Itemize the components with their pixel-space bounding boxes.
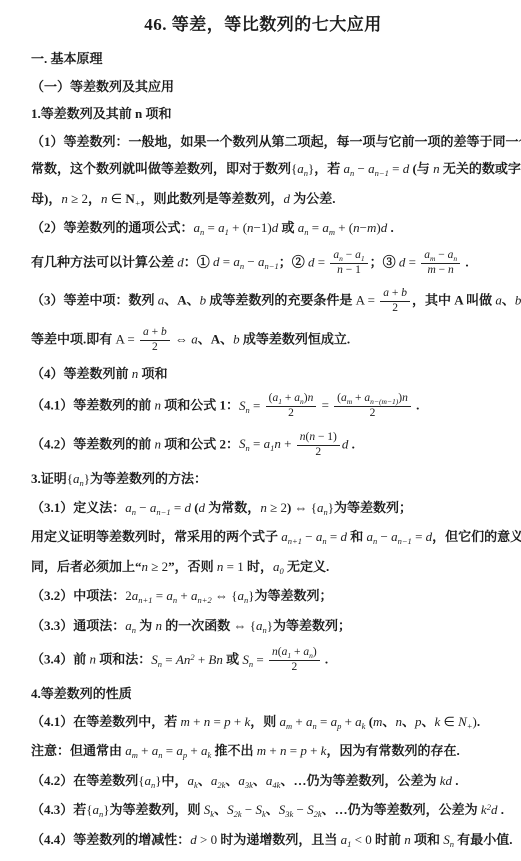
math-run: n = 1 <box>217 559 244 574</box>
text-run: . <box>497 802 504 817</box>
property-4-3: （4.3）若{an}为等差数列，则 Sk、S2k − Sk、S3k − S2k、… <box>31 801 495 820</box>
math-run: Sk <box>204 802 214 817</box>
proof-definition-note-line1: 用定义证明等差数列时，常采用的两个式子 an+1 − an = d 和 an −… <box>31 528 495 547</box>
text-run: 项和法： <box>96 652 151 667</box>
math-run: d = an − an−1 <box>213 254 279 269</box>
math-run: d = <box>308 254 328 269</box>
text-run: ：① <box>184 254 213 269</box>
property-4-4: （4.4）等差数列的增减性：d > 0 时为递增数列，且当 a1 < 0 时前 … <box>31 831 495 850</box>
text-run: 和 <box>347 529 367 544</box>
math-run: kd <box>440 773 452 788</box>
text-run: 、A、 <box>198 331 233 346</box>
text-run: 用定义证明等差数列时，常采用的两个式子 <box>31 529 281 544</box>
text-run: 等差中项.即有 <box>31 331 116 346</box>
document-title: 46. 等差，等比数列的七大应用 <box>31 10 495 35</box>
math-run: am + an = ap + ak <box>125 743 211 758</box>
math-run: an = a1 + (n−1)d <box>194 220 279 235</box>
text-run: (与 <box>409 161 433 176</box>
text-run: （4.2）在等差数列 <box>31 773 138 788</box>
math-run: {an} <box>67 471 90 486</box>
text-run: 项和公式 1： <box>161 398 239 413</box>
math-run: an − an−1 = d <box>344 161 410 176</box>
math-run: (a1 + an)n <box>266 392 317 407</box>
math-run: Sn = a1n + <box>239 436 295 451</box>
text-run: 为等差数列； <box>334 500 412 515</box>
math-run: 2an+1 = an + an+2 ⇔ {an} <box>125 588 254 603</box>
text-run: （4.1）在等差数列中，若 <box>31 714 181 729</box>
text-run: 或 <box>223 652 243 667</box>
math-run: 2 <box>334 407 411 421</box>
text-run: 成等差数列的充要条件是 <box>206 293 356 308</box>
text-run: 、 <box>225 773 238 788</box>
text-run: ) <box>287 500 295 515</box>
text-run: ；② <box>279 254 308 269</box>
math-run: Sn = An2 + Bn <box>151 652 223 667</box>
heading-proof-methods: 3.证明{an}为等差数列的方法： <box>31 470 495 489</box>
math-run: k ∈ N+) <box>434 714 476 729</box>
math-run: an <box>125 618 136 633</box>
text-run: 、 <box>382 714 395 729</box>
heading-arith-seq-first-n-sum: 1.等差数列及其前 n 项和 <box>31 105 495 123</box>
def-arith-seq-line2: 常数，这个数列就叫做等差数列，即对于数列{an}，若 an − an−1 = d… <box>31 160 495 179</box>
math-run: an+1 − an = d <box>281 529 347 544</box>
text-run: ，其中 A 叫做 <box>412 293 495 308</box>
text-run: ；③ <box>370 254 399 269</box>
math-run: (am + an−(m−1))n <box>334 392 411 407</box>
text-run: 时前 <box>372 832 405 847</box>
text-run: 中， <box>162 773 188 788</box>
text-run: （1）等差数列：一般地，如果一个数列从第二项起，每一项与它前一项的差等于同一个 <box>31 134 521 149</box>
text-run: . <box>477 714 480 729</box>
math-run: k2d <box>481 802 498 817</box>
text-run: ，若 <box>314 161 343 176</box>
document-body: 一. 基本原理（一）等差数列及其应用1.等差数列及其前 n 项和（1）等差数列：… <box>31 50 495 850</box>
math-run: an − a1 <box>330 249 367 264</box>
math-run: an − an−1 = d <box>125 500 191 515</box>
math-run: 2 <box>297 446 340 460</box>
proof-general-term-method: （3.3）通项法：an 为 n 的一次函数 ⇔ {an}为等差数列； <box>31 617 495 636</box>
sum-formula-1: （4.1）等差数列的前 n 项和公式 1：Sn = (a1 + an)n2 = … <box>31 392 495 421</box>
text-run: 成等差数列恒成立. <box>240 331 351 346</box>
text-run: 为等差数列； <box>254 588 332 603</box>
text-run: （4.1）等差数列的前 <box>31 398 155 413</box>
math-run: d = <box>399 254 419 269</box>
text-run: 一. 基本原理 <box>31 51 103 66</box>
math-run: S2k − Sk <box>227 802 266 817</box>
text-run: ( <box>191 500 199 515</box>
fraction: a + b2 <box>140 326 170 355</box>
fraction: an − a1n − 1 <box>330 249 367 278</box>
text-run: ，因为有常数列的存在. <box>326 743 459 758</box>
fraction: n(a1 + an)2 <box>269 646 320 675</box>
math-run: ⇔ <box>172 331 192 346</box>
math-run: Sn = <box>239 398 264 413</box>
math-run: {an} <box>138 773 161 788</box>
math-run: ak <box>188 773 198 788</box>
text-run: 、 <box>198 773 211 788</box>
math-run: am + an = ap + ak <box>279 714 365 729</box>
text-run: 同，后者必须加上“ <box>31 559 142 574</box>
arith-mean-line2: 等差中项.即有 A = a + b2 ⇔ a、A、b 成等差数列恒成立. <box>31 326 495 355</box>
text-run: ， <box>88 191 101 206</box>
fraction: (a1 + an)n2 <box>266 392 317 421</box>
text-run: . <box>462 254 469 269</box>
text-run: （3.3）通项法： <box>31 618 125 633</box>
text-run: 有几种方法可以计算公差 <box>31 254 177 269</box>
math-run: A = <box>116 331 139 346</box>
text-run: （3.1）定义法： <box>31 500 125 515</box>
fraction: a + b2 <box>380 287 410 316</box>
text-run: 、…仍为等差数列，公差为 <box>280 773 439 788</box>
arith-mean-line1: （3）等差中项：数列 a、A、b 成等差数列的充要条件是 A = a + b2，… <box>31 287 495 316</box>
text-run: （4）等差数列前 <box>31 366 132 381</box>
text-run: 项和 <box>411 832 444 847</box>
math-run: n − 1 <box>330 264 367 278</box>
math-run: Sn <box>443 832 454 847</box>
math-run: Sn = <box>242 652 267 667</box>
text-run: . <box>413 398 420 413</box>
text-run: 、 <box>421 714 434 729</box>
text-run: 为等差数列，则 <box>110 802 204 817</box>
text-run: 为等差数列的方法： <box>90 471 207 486</box>
text-run: 有最小值. <box>454 832 513 847</box>
text-run: （3）等差中项：数列 <box>31 293 158 308</box>
text-run: 、 <box>402 714 415 729</box>
text-run: （一）等差数列及其应用 <box>31 79 174 94</box>
math-run: m + n = p + k <box>257 743 327 758</box>
property-4-1-note: 注意：但通常由 am + an = ap + ak 推不出 m + n = p … <box>31 742 495 761</box>
math-run: {an} <box>86 802 109 817</box>
math-run: m − n <box>421 264 460 278</box>
text-run: （4.2）等差数列的前 <box>31 436 155 451</box>
text-run: 、 <box>253 773 266 788</box>
text-run: 4.等差数列的性质 <box>31 686 132 701</box>
math-run: 2 <box>266 407 317 421</box>
text-run: 为常数， <box>205 500 260 515</box>
text-run: . <box>348 436 355 451</box>
text-run: 时为递增数列，且当 <box>217 832 341 847</box>
text-run: 常数，这个数列就叫做等差数列，即对于数列 <box>31 161 291 176</box>
math-run: a4k <box>266 773 281 788</box>
math-run: d > 0 <box>190 832 217 847</box>
math-run: 2 <box>380 302 410 316</box>
text-run: ，则 <box>250 714 279 729</box>
fraction: n(n − 1)2 <box>297 431 340 460</box>
fraction: am − anm − n <box>421 249 460 278</box>
math-run: n ≥ 2 <box>260 500 287 515</box>
text-run: 、 <box>502 293 515 308</box>
text-run: ( <box>365 714 373 729</box>
math-run: a + b <box>380 287 410 302</box>
text-run: 1.等差数列及其前 n 项和 <box>31 106 171 121</box>
math-run: a3k <box>238 773 253 788</box>
math-run: n ≥ 2 <box>142 559 169 574</box>
text-run: 、…仍为等差数列，公差为 <box>322 802 481 817</box>
text-run: . <box>387 220 394 235</box>
math-run: m + n = p + k <box>181 714 251 729</box>
text-run: 无关的数或字 <box>440 161 521 176</box>
proof-middle-term-method: （3.2）中项法：2an+1 = an + an+2 ⇔ {an}为等差数列； <box>31 587 495 606</box>
text-run: （3.2）中项法： <box>31 588 125 603</box>
text-run: . <box>452 773 459 788</box>
text-run: 为公差. <box>290 191 336 206</box>
text-run: 3.证明 <box>31 471 67 486</box>
text-run: （2）等差数列的通项公式： <box>31 220 194 235</box>
property-4-1: （4.1）在等差数列中，若 m + n = p + k，则 am + an = … <box>31 713 495 732</box>
property-4-2: （4.2）在等差数列{an}中，ak、a2k、a3k、a4k、…仍为等差数列，公… <box>31 772 495 791</box>
proof-definition-note-line2: 同，后者必须加上“n ≥ 2”，否则 n = 1 时，a0 无定义. <box>31 558 495 577</box>
text-run: 无定义. <box>284 559 330 574</box>
proof-definition-method: （3.1）定义法：an − an−1 = d (d 为常数，n ≥ 2) ⇔ {… <box>31 499 495 518</box>
text-run: ，则此数列是等差数列， <box>140 191 283 206</box>
math-run: a + b <box>140 326 170 341</box>
text-run: 项和公式 2： <box>161 436 239 451</box>
text-run: 、 <box>266 802 279 817</box>
math-run: a1 < 0 <box>341 832 372 847</box>
math-run: n(a1 + an) <box>269 646 320 661</box>
text-run: 为等差数列； <box>273 618 351 633</box>
text-run: （3.4）前 <box>31 652 90 667</box>
sum-formula-2: （4.2）等差数列的前 n 项和公式 2：Sn = a1n + n(n − 1)… <box>31 431 495 460</box>
common-difference-methods: 有几种方法可以计算公差 d：① d = an − an−1；② d = an −… <box>31 249 495 278</box>
heading-first-n-sum: （4）等差数列前 n 项和 <box>31 365 495 383</box>
text-run: 时， <box>244 559 273 574</box>
math-run: a0 <box>273 559 284 574</box>
math-run: ⇔ {an} <box>295 500 335 515</box>
math-run: an = am + (n−m)d <box>298 220 387 235</box>
general-term-formula: （2）等差数列的通项公式：an = a1 + (n−1)d 或 an = am … <box>31 219 495 238</box>
text-run: 的一次函数 <box>162 618 234 633</box>
heading-arith-seq-and-application: （一）等差数列及其应用 <box>31 78 495 96</box>
text-run: 推不出 <box>211 743 257 758</box>
fraction: (am + an−(m−1))n2 <box>334 392 411 421</box>
text-run: . <box>322 652 329 667</box>
math-run: n ∈ N+ <box>101 191 140 206</box>
text-run: ”，否则 <box>168 559 217 574</box>
math-run: A = <box>356 293 379 308</box>
math-run: am − an <box>421 249 460 264</box>
def-arith-seq-line3: 母)，n ≥ 2，n ∈ N+，则此数列是等差数列，d 为公差. <box>31 190 495 209</box>
math-run: n(n − 1) <box>297 431 340 446</box>
math-run: S3k − S2k <box>279 802 322 817</box>
text-run: （4.3）若 <box>31 802 86 817</box>
text-run: 、A、 <box>164 293 199 308</box>
heading-basic-principles: 一. 基本原理 <box>31 50 495 68</box>
text-run: 母)， <box>31 191 61 206</box>
text-run: ，但它们的意义不 <box>432 529 521 544</box>
heading-properties: 4.等差数列的性质 <box>31 685 495 703</box>
document-page: 46. 等差，等比数列的七大应用 一. 基本原理（一）等差数列及其应用1.等差数… <box>0 0 521 861</box>
math-run: 2 <box>140 341 170 355</box>
text-run: 或 <box>278 220 298 235</box>
math-run: = <box>318 398 332 413</box>
math-run: {an} <box>291 161 314 176</box>
text-run: 项和 <box>138 366 167 381</box>
math-run: m <box>373 714 382 729</box>
proof-sum-method: （3.4）前 n 项和法：Sn = An2 + Bn 或 Sn = n(a1 +… <box>31 646 495 675</box>
text-run: （4.4）等差数列的增减性： <box>31 832 190 847</box>
def-arith-seq-line1: （1）等差数列：一般地，如果一个数列从第二项起，每一项与它前一项的差等于同一个 <box>31 133 495 151</box>
text-run: 为 <box>136 618 156 633</box>
math-run: ⇔ {an} <box>234 618 274 633</box>
text-run: 、 <box>214 802 227 817</box>
math-run: a2k <box>211 773 226 788</box>
math-run: an − an−1 = d <box>366 529 432 544</box>
text-run: 注意：但通常由 <box>31 743 125 758</box>
math-run: n ≥ 2 <box>61 191 88 206</box>
math-run: 2 <box>269 661 320 675</box>
